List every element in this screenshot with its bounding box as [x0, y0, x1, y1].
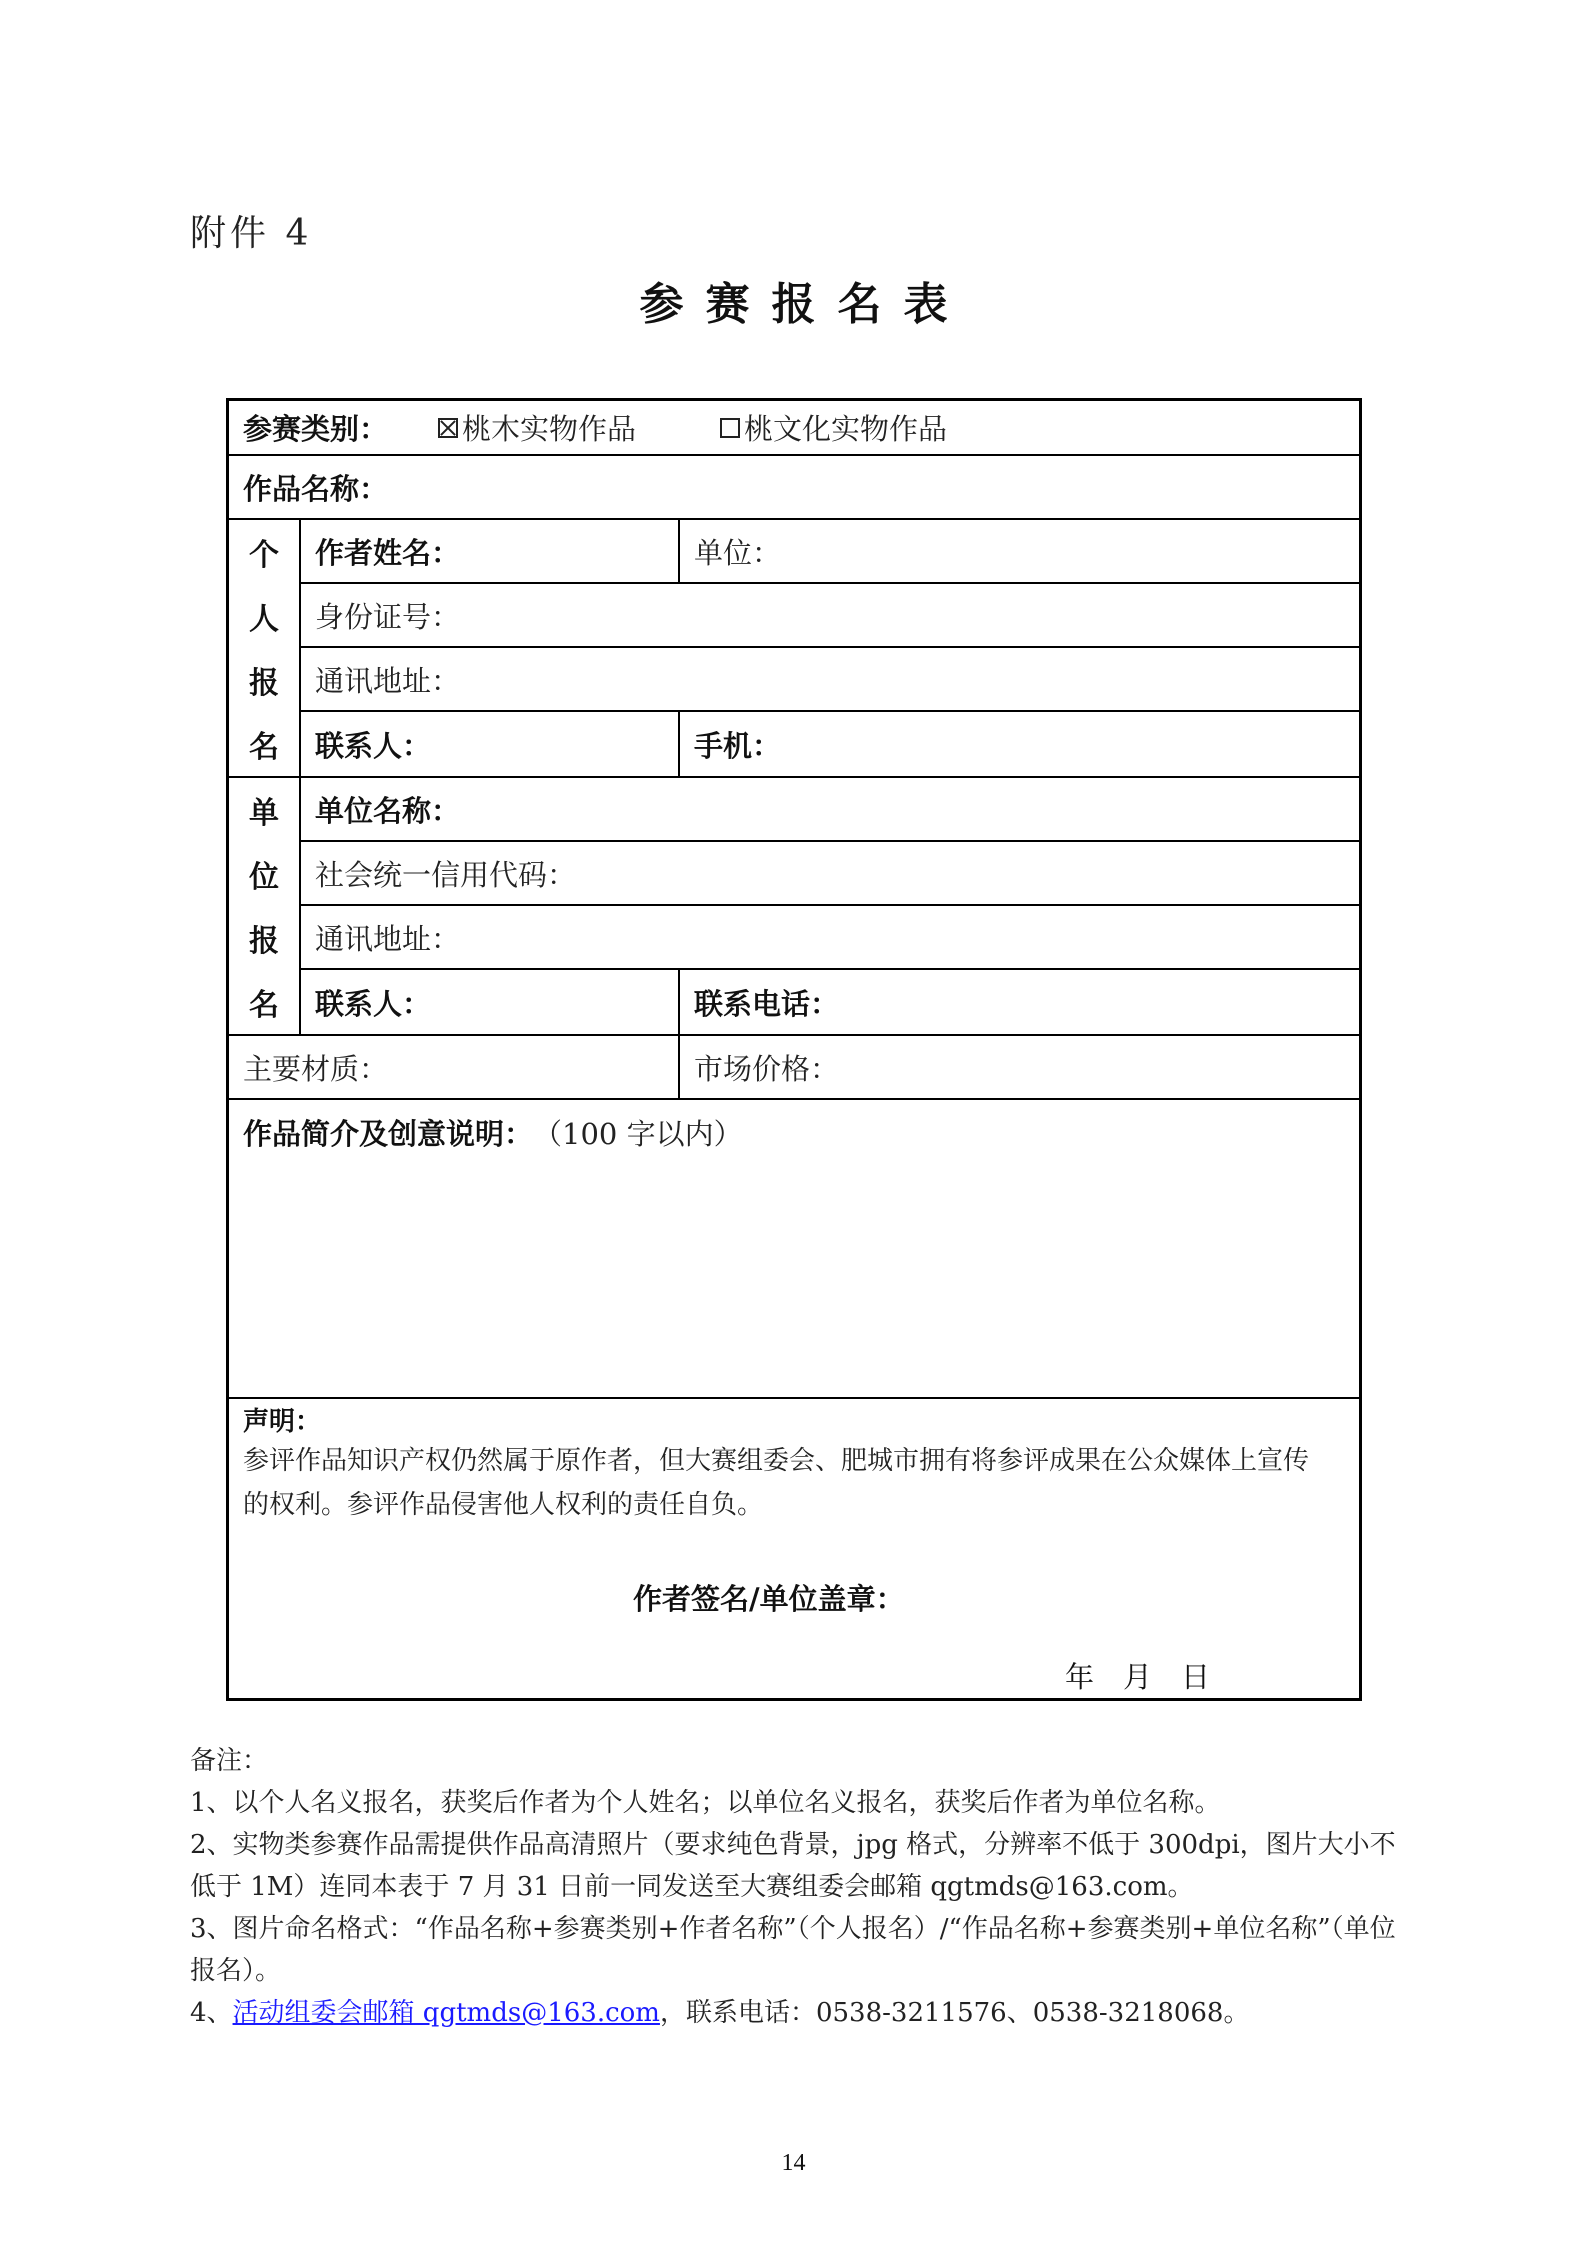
personal-address-field[interactable]: 通讯地址： — [301, 648, 1359, 710]
id-number-field[interactable]: 身份证号： — [301, 584, 1359, 646]
credit-code-field[interactable]: 社会统一信用代码： — [301, 842, 1359, 904]
unit-name-field[interactable]: 单位名称： — [301, 778, 1359, 840]
personal-registration-label: 个 人 报 名 — [229, 520, 301, 776]
organization-contact-field[interactable]: 联系人： — [301, 970, 680, 1034]
category-option-peachwood[interactable]: 桃木实物作品 — [438, 407, 636, 448]
category-label: 参赛类别： — [243, 407, 388, 448]
notes-title: 备注： — [190, 1740, 1420, 1782]
unchecked-checkbox-icon[interactable] — [720, 418, 740, 438]
category-option-peach-culture[interactable]: 桃文化实物作品 — [720, 407, 947, 448]
description-label: 作品简介及创意说明： — [243, 1112, 533, 1153]
note-item-contact: 4、活动组委会邮箱 qgtmds@163.com，联系电话：0538-32115… — [190, 1992, 1420, 2034]
note-item: 2、实物类参赛作品需提供作品高清照片（要求纯色背景，jpg 格式，分辨率不低于 … — [190, 1824, 1420, 1908]
work-name-row: 作品名称： — [229, 456, 1359, 520]
personal-registration-group: 个 人 报 名 作者姓名： 单位： 身份证号： 通讯地址： 联系人： 手机： — [229, 520, 1359, 778]
note-item: 1、以个人名义报名，获奖后作者为个人姓名；以单位名义报名，获奖后作者为单位名称。 — [190, 1782, 1420, 1824]
organization-registration-group: 单 位 报 名 单位名称： 社会统一信用代码： 通讯地址： 联系人： 联系电话： — [229, 778, 1359, 1036]
registration-form: 参赛类别： 桃木实物作品 桃文化实物作品 作品名称： 个 人 报 名 作者姓名：… — [226, 398, 1362, 1701]
description-hint: （100 字以内） — [533, 1112, 743, 1153]
material-price-row: 主要材质： 市场价格： — [229, 1036, 1359, 1100]
page-number: 14 — [0, 2150, 1587, 2177]
attachment-label: 附件 4 — [190, 205, 312, 256]
notes-section: 备注： 1、以个人名义报名，获奖后作者为个人姓名；以单位名义报名，获奖后作者为单… — [190, 1740, 1420, 2034]
note-item: 3、图片命名格式：“作品名称+参赛类别+作者名称”（个人报名）/“作品名称+参赛… — [190, 1908, 1420, 1992]
organization-phone-field[interactable]: 联系电话： — [680, 970, 1359, 1034]
description-row: 作品简介及创意说明： （100 字以内） — [229, 1100, 1359, 1399]
category-row: 参赛类别： 桃木实物作品 桃文化实物作品 — [229, 401, 1359, 456]
unit-field[interactable]: 单位： — [680, 520, 1359, 582]
date-label[interactable]: 年 月 日 — [1065, 1655, 1210, 1696]
declaration-label: 声明： — [243, 1405, 1345, 1439]
description-field[interactable]: 作品简介及创意说明： （100 字以内） — [229, 1100, 1359, 1164]
organization-address-field[interactable]: 通讯地址： — [301, 906, 1359, 968]
work-name-field[interactable]: 作品名称： — [229, 456, 1359, 518]
market-price-field[interactable]: 市场价格： — [680, 1036, 1359, 1098]
material-field[interactable]: 主要材质： — [229, 1036, 680, 1098]
mobile-field[interactable]: 手机： — [680, 712, 1359, 776]
signature-label[interactable]: 作者签名/单位盖章： — [633, 1577, 905, 1618]
organization-registration-label: 单 位 报 名 — [229, 778, 301, 1034]
personal-contact-field[interactable]: 联系人： — [301, 712, 680, 776]
declaration-text: 参评作品知识产权仍然属于原作者，但大赛组委会、肥城市拥有将参评成果在公众媒体上宣… — [243, 1439, 1333, 1527]
page-title: 参赛报名表 — [0, 268, 1587, 332]
declaration-row: 声明： 参评作品知识产权仍然属于原作者，但大赛组委会、肥城市拥有将参评成果在公众… — [229, 1405, 1359, 1698]
checked-checkbox-icon[interactable] — [438, 418, 458, 438]
email-link[interactable]: 活动组委会邮箱 qgtmds@163.com — [233, 1998, 660, 2028]
author-name-field[interactable]: 作者姓名： — [301, 520, 680, 582]
